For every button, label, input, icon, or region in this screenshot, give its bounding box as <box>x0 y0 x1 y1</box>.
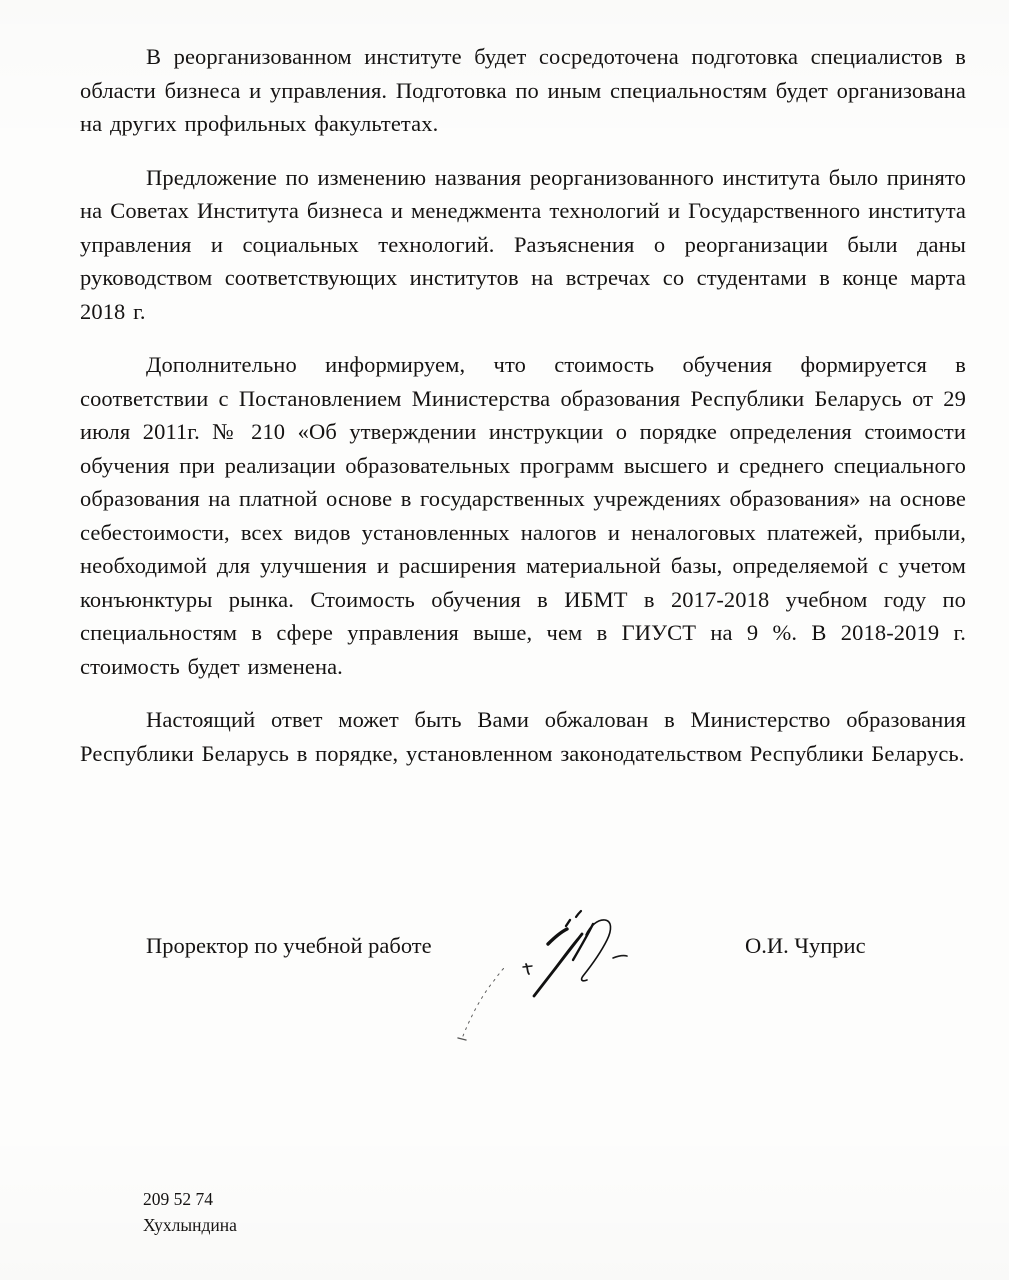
signature-scribble-icon <box>430 890 690 1060</box>
paragraph-reorganized-institute: В реорганизованном институте будет сосре… <box>80 40 966 141</box>
footer-executor-name: Хухлындина <box>143 1212 237 1238</box>
signatory-name: О.И. Чуприс <box>745 933 866 959</box>
letter-body: В реорганизованном институте будет сосре… <box>80 40 966 790</box>
footer-contact: 209 52 74 Хухлындина <box>143 1186 237 1238</box>
signatory-role: Проректор по учебной работе <box>146 933 432 959</box>
scanned-letter-page: В реорганизованном институте будет сосре… <box>0 0 1009 1280</box>
paragraph-tuition-cost: Дополнительно информируем, что стоимость… <box>80 348 966 683</box>
paragraph-name-change-proposal: Предложение по изменению названия реорга… <box>80 161 966 329</box>
paragraph-appeal-rights: Настоящий ответ может быть Вами обжалова… <box>80 703 966 770</box>
footer-phone: 209 52 74 <box>143 1186 237 1212</box>
